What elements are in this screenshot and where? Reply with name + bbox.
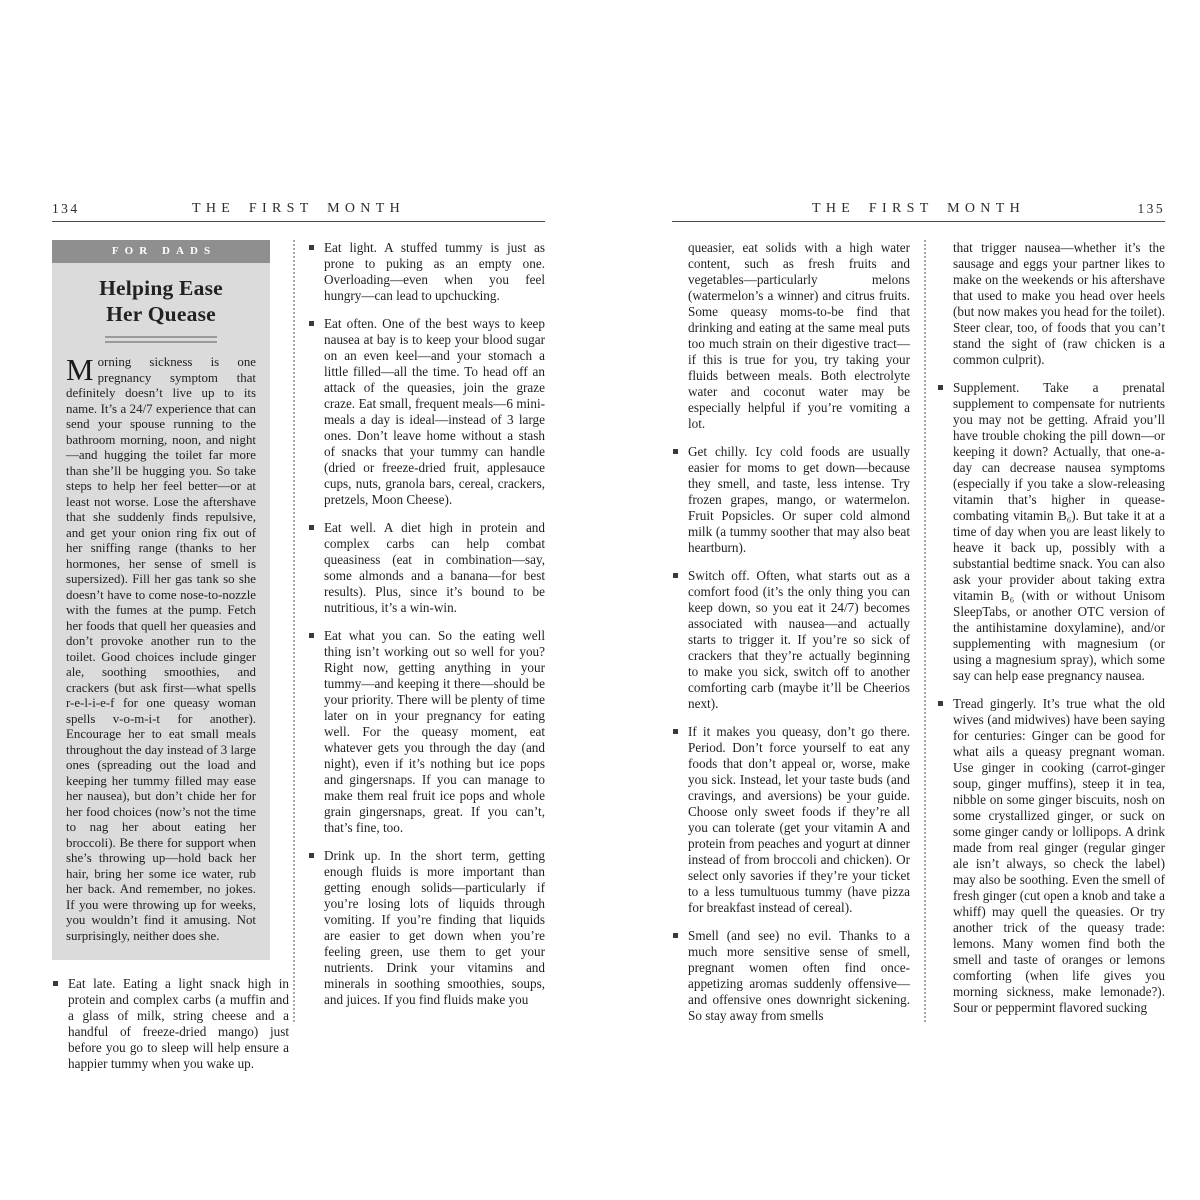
right-page-header: THE FIRST MONTH 135: [672, 201, 1165, 219]
sidebar-title-line2: Her Quease: [52, 301, 270, 327]
bullet-square-icon: [309, 245, 314, 250]
list-item-text: Drink up. In the short term, getting eno…: [324, 848, 545, 1007]
list-item: Tread gingerly. It’s true what the old w…: [937, 696, 1165, 1016]
list-item: Eat light. A stuffed tummy is just as pr…: [308, 240, 545, 304]
left-page-header: 134 THE FIRST MONTH: [52, 201, 545, 219]
column3-bullet-list: Get chilly. Icy cold foods are usually e…: [672, 444, 910, 1024]
sidebar-title-line1: Helping Ease: [52, 275, 270, 301]
continuation-paragraph: queasier, eat solids with a high water c…: [672, 240, 910, 432]
book-spread: { "colors":{ "page_bg":"#ffffff","ink":"…: [0, 0, 1200, 1200]
list-item: Eat often. One of the best ways to keep …: [308, 316, 545, 508]
list-item: Smell (and see) no evil. Thanks to a muc…: [672, 928, 910, 1024]
list-item: If it makes you queasy, don’t go there. …: [672, 724, 910, 916]
for-dads-kicker: FOR DADS: [52, 240, 270, 263]
right-page-column-separator: [924, 240, 926, 1022]
continuation-paragraph: that trigger nausea—whether it’s the sau…: [937, 240, 1165, 368]
list-item-text: Supplement. Take a prenatal supplement t…: [953, 380, 1165, 683]
column2-bullet-list: Eat light. A stuffed tummy is just as pr…: [308, 240, 545, 1008]
right-header-rule: [672, 221, 1165, 222]
for-dads-sidebar-box: FOR DADS Helping Ease Her Quease Morning…: [52, 240, 270, 960]
list-item-text: Eat well. A diet high in protein and com…: [324, 520, 545, 615]
bullet-square-icon: [673, 933, 678, 938]
right-page-column-1: queasier, eat solids with a high water c…: [672, 240, 910, 1024]
list-item: Eat late. Eating a light snack high in p…: [52, 976, 289, 1072]
left-page-column-1: FOR DADS Helping Ease Her Quease Morning…: [52, 240, 289, 1072]
list-item: Get chilly. Icy cold foods are usually e…: [672, 444, 910, 556]
column1-bullet-list: Eat late. Eating a light snack high in p…: [52, 976, 289, 1072]
list-item-text: Eat often. One of the best ways to keep …: [324, 316, 545, 507]
list-item-text: Get chilly. Icy cold foods are usually e…: [688, 444, 910, 555]
list-item-text: If it makes you queasy, don’t go there. …: [688, 724, 910, 915]
list-item: Drink up. In the short term, getting eno…: [308, 848, 545, 1008]
right-page-number: 135: [1137, 201, 1165, 217]
drop-cap: M: [66, 355, 98, 382]
bullet-square-icon: [309, 525, 314, 530]
sidebar-body: Morning sickness is one pregnancy sympto…: [52, 343, 270, 960]
list-item-text: Eat what you can. So the eating well thi…: [324, 628, 545, 835]
list-item-text: Switch off. Often, what starts out as a …: [688, 568, 910, 711]
list-item: Switch off. Often, what starts out as a …: [672, 568, 910, 712]
bullet-square-icon: [673, 729, 678, 734]
list-item: Supplement. Take a prenatal supplement t…: [937, 380, 1165, 684]
list-item-text: Smell (and see) no evil. Thanks to a muc…: [688, 928, 910, 1023]
list-item: Eat well. A diet high in protein and com…: [308, 520, 545, 616]
bullet-square-icon: [673, 449, 678, 454]
bullet-square-icon: [673, 573, 678, 578]
left-page-column-2: Eat light. A stuffed tummy is just as pr…: [308, 240, 545, 1008]
list-item-text: Tread gingerly. It’s true what the old w…: [953, 696, 1165, 1015]
bullet-square-icon: [53, 981, 58, 986]
bullet-square-icon: [309, 853, 314, 858]
bullet-square-icon: [309, 633, 314, 638]
sidebar-title: Helping Ease Her Quease: [52, 263, 270, 327]
bullet-square-icon: [938, 701, 943, 706]
bullet-square-icon: [938, 385, 943, 390]
right-page-column-2: that trigger nausea—whether it’s the sau…: [937, 240, 1165, 1016]
left-page-column-separator: [293, 240, 295, 1022]
left-header-rule: [52, 221, 545, 222]
list-item-text: Eat light. A stuffed tummy is just as pr…: [324, 240, 545, 303]
left-running-head: THE FIRST MONTH: [52, 201, 545, 217]
bullet-square-icon: [309, 321, 314, 326]
list-item-text: Eat late. Eating a light snack high in p…: [68, 976, 289, 1071]
column4-bullet-list: Supplement. Take a prenatal supplement t…: [937, 380, 1165, 1016]
sidebar-body-text: orning sickness is one pregnancy symptom…: [66, 355, 256, 943]
list-item: Eat what you can. So the eating well thi…: [308, 628, 545, 836]
right-running-head: THE FIRST MONTH: [672, 201, 1165, 217]
sidebar-title-rule: [105, 336, 217, 343]
